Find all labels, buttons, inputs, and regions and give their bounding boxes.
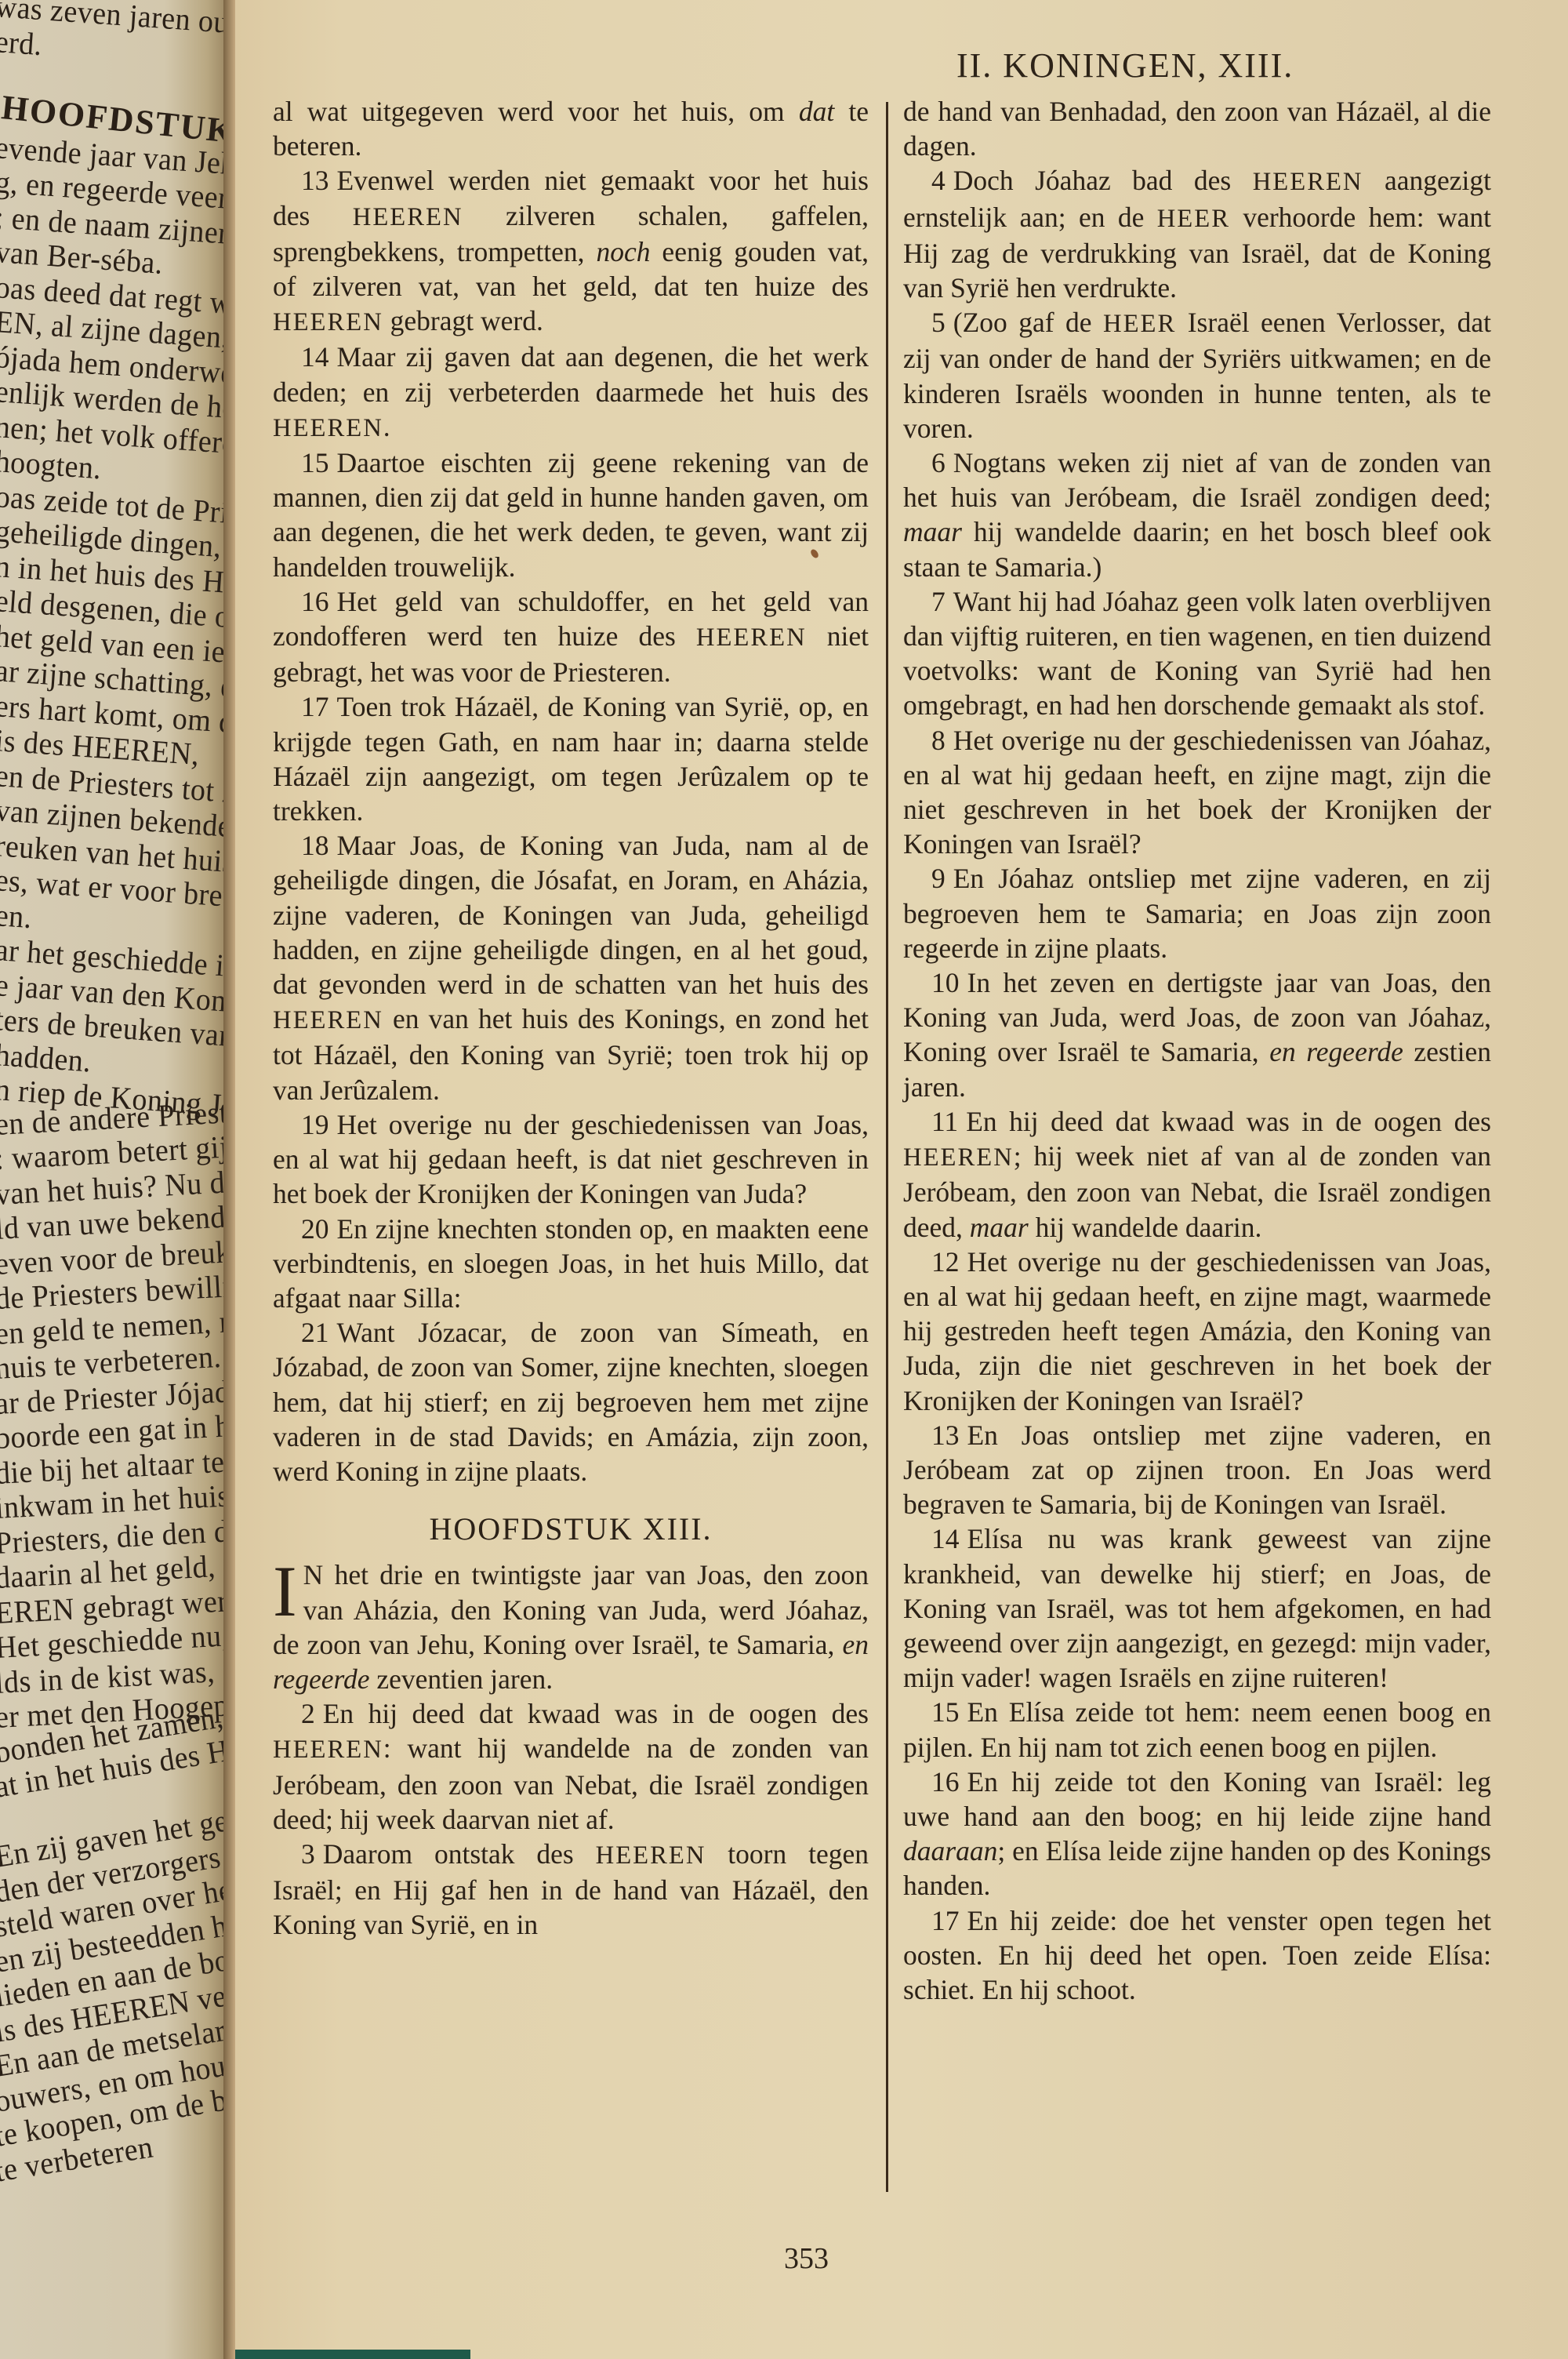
verse: 17En hij zeide: doe het venster open teg… [903,1903,1491,2008]
verse: 13Evenwel werden niet gemaakt voor het h… [273,163,869,340]
italic-text: maar [970,1212,1029,1243]
book-page: II. KONINGEN, XIII. al wat uitgegeven we… [235,0,1568,2359]
drop-cap: I [273,1561,297,1622]
verse: 2En hij deed dat kwaad was in de oogen d… [273,1696,869,1837]
verse-text: hij wandelde daarin. [1029,1212,1262,1243]
verse-text: Want hij had Jóahaz geen volk laten over… [903,586,1491,722]
verse-text: En hij zeide: doe het venster open tegen… [903,1905,1491,2005]
verse: 17Toen trok Házaël, de Koning van Syrië,… [273,689,869,828]
verse-continuation: de hand van Benhadad, den zoon van Házaë… [903,94,1491,163]
verse-number: 18 [301,830,329,861]
verse-text: En hij deed dat kwaad was in de oogen de… [966,1106,1491,1137]
verse-text: al wat uitgegeven werd voor het huis, om [273,96,799,127]
verse: 19Het overige nu der geschiedenissen van… [273,1107,869,1212]
verse-number: 14 [931,1523,960,1554]
verse-text: Toen trok Házaël, de Koning van Syrië, o… [273,691,869,827]
verse: 11En hij deed dat kwaad was in de oogen … [903,1104,1491,1245]
verse-text: Het overige nu der geschiedenissen van J… [903,1246,1491,1416]
verse-text: Het overige nu der geschiedenissen van J… [273,1109,869,1209]
divine-name: HEEREN [596,1841,706,1870]
verse: 4Doch Jóahaz bad des HEEREN aangezigt er… [903,163,1491,305]
column-divider [886,102,888,2192]
chapter-heading: HOOFDSTUK XIII. [273,1512,869,1547]
left-column: al wat uitgegeven werd voor het huis, om… [273,94,869,1943]
verse-number: 7 [931,586,946,617]
divine-name: HEEREN [1253,168,1363,196]
verse-number: 10 [931,967,960,998]
verse-text: Daartoe eischten zij geene rekening van … [273,447,869,583]
verse-text: (Zoo gaf de [953,307,1103,338]
verse: 8Het overige nu der geschiedenissen van … [903,723,1491,862]
verse-text: En Jóahaz ontsliep met zijne vaderen, en… [903,863,1491,963]
italic-text: noch [596,236,650,267]
verse-number: 19 [301,1109,329,1140]
verse-text: En Joas ontsliep met zijne vaderen, en J… [903,1419,1491,1520]
verse-text: En Elísa zeide tot hem: neem eenen boog … [903,1696,1491,1762]
verse-text: Doch Jóahaz bad des [953,165,1253,196]
divine-name: HEEREN [273,1006,383,1034]
italic-text: maar [903,516,962,547]
verse-text: N het drie en twintigste jaar van Joas, … [273,1559,869,1659]
verse-number: 21 [301,1317,329,1348]
verse: 6Nogtans weken zij niet af van de zonden… [903,445,1491,584]
facing-page-text: was zeven jaren oud,erd.HOOFDSTUK XII.ev… [0,0,235,2189]
verse-text: En zijne knechten stonden op, en maakten… [273,1213,869,1314]
verse-number: 16 [301,586,329,617]
divine-name: HEEREN [273,414,383,442]
verse-text: Maar zij gaven dat aan degenen, die het … [273,341,869,407]
cover-edge [235,2350,470,2359]
verse: 14Elísa nu was krank geweest van zijne k… [903,1521,1491,1695]
verse-text: gebragt werd. [383,305,543,336]
page-number: 353 [784,2241,829,2276]
verse-number: 17 [301,691,329,722]
verse-number: 16 [931,1766,960,1797]
verse: 15Daartoe eischten zij geene rekening va… [273,445,869,584]
verse-text: zeventien jaren. [370,1663,554,1695]
verse: 14Maar zij gaven dat aan degenen, die he… [273,340,869,445]
verse-text: Het overige nu der geschiedenissen van J… [903,725,1491,860]
verse: 3Daarom ontstak des HEEREN toorn tegen I… [273,1837,869,1943]
verse-text: Want Józacar, de zoon van Símeath, en Jó… [273,1317,869,1487]
verse-text: En hij deed dat kwaad was in de oogen de… [323,1698,869,1729]
verse: 9En Jóahaz ontsliep met zijne vaderen, e… [903,861,1491,965]
verse: 7Want hij had Jóahaz geen volk laten ove… [903,584,1491,723]
verse-number: 3 [301,1838,315,1870]
verse-number: 20 [301,1213,329,1245]
divine-name: HEEREN [903,1143,1014,1172]
verse-text: Maar Joas, de Koning van Juda, nam al de… [273,830,869,1000]
verse-number: 15 [931,1696,960,1728]
verse-number: 15 [301,447,329,478]
divine-name: HEEREN [273,308,383,336]
verse: 5(Zoo gaf de HEER Israël eenen Verlosser… [903,305,1491,445]
verse-number: 13 [931,1419,960,1451]
italic-text: daaraan [903,1835,997,1866]
verse-text: En hij zeide tot den Koning van Israël: … [903,1766,1491,1832]
verse-number: 6 [931,447,946,478]
verse-number: 4 [931,165,946,196]
verse: 12Het overige nu der geschiedenissen van… [903,1245,1491,1418]
right-column: de hand van Benhadad, den zoon van Házaë… [903,94,1491,2007]
verse-number: 9 [931,863,946,894]
divine-name: HEER [1157,205,1230,233]
italic-text: dat [799,96,834,127]
verse: 16En hij zeide tot den Koning van Israël… [903,1765,1491,1903]
verse-number: 13 [301,165,329,196]
verse-text: hij wandelde daarin; en het bosch bleef … [903,516,1491,582]
verse-text: . [383,411,390,442]
verse-number: 12 [931,1246,960,1278]
verse-number: 8 [931,725,946,756]
verse: 20En zijne knechten stonden op, en maakt… [273,1212,869,1316]
verse: 15En Elísa zeide tot hem: neem eenen boo… [903,1695,1491,1764]
verse-text: Elísa nu was krank geweest van zijne kra… [903,1523,1491,1693]
divine-name: HEEREN [696,623,807,652]
divine-name: HEEREN [353,203,463,231]
verse: 18Maar Joas, de Koning van Juda, nam al … [273,828,869,1107]
facing-page: was zeven jaren oud,erd.HOOFDSTUK XII.ev… [0,0,235,2359]
verse-number: 14 [301,341,329,373]
divine-name: HEER [1103,310,1176,338]
running-head: II. KONINGEN, XIII. [956,45,1294,85]
verse: 13En Joas ontsliep met zijne vaderen, en… [903,1418,1491,1522]
verse: 21Want Józacar, de zoon van Símeath, en … [273,1315,869,1488]
verse-number: 17 [931,1905,960,1936]
verse: 16Het geld van schuldoffer, en het geld … [273,584,869,690]
verse-number: 11 [931,1106,958,1137]
verse-number: 2 [301,1698,315,1729]
divine-name: HEEREN [273,1736,383,1764]
verse-text: Nogtans weken zij niet af van de zonden … [903,447,1491,513]
verse: 10In het zeven en dertigste jaar van Joa… [903,965,1491,1104]
verse-number: 5 [931,307,946,338]
chapter-opening-verse: IN het drie en twintigste jaar van Joas,… [273,1558,869,1696]
verse-continuation: al wat uitgegeven werd voor het huis, om… [273,94,869,163]
verse-text: Daarom ontstak des [323,1838,596,1870]
italic-text: en regeerde [1269,1036,1403,1067]
